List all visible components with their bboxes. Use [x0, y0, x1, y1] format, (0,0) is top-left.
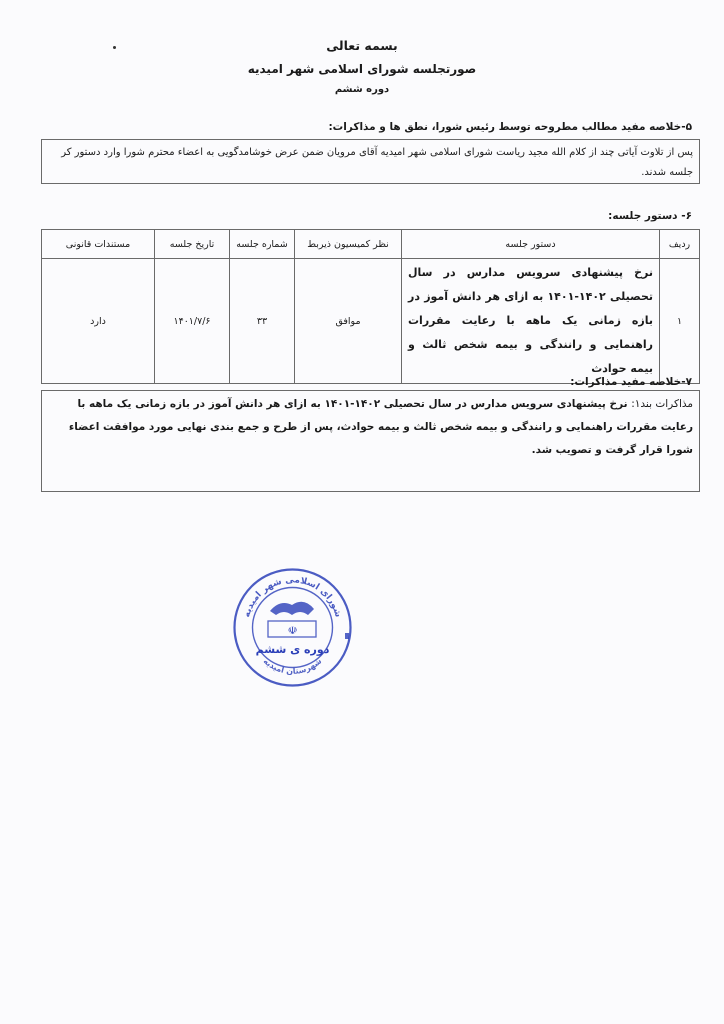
invocation-title: بسمه تعالی — [0, 38, 724, 53]
document-title: صورتجلسه شورای اسلامی شهر امیدیه — [0, 62, 724, 76]
header-agenda: دستور جلسه — [402, 230, 660, 259]
term-subtitle: دوره ششم — [0, 84, 724, 95]
section7-box: مذاکرات بند۱: نرخ پیشنهادی سرویس مدارس د… — [41, 390, 700, 492]
section7-heading: ۷-خلاصه مفید مذاکرات: — [570, 376, 692, 388]
cell-session-date: ۱۴۰۱/۷/۶ — [155, 259, 230, 384]
header-session-date: تاریخ جلسه — [155, 230, 230, 259]
agenda-table: ردیف دستور جلسه نظر کمیسیون ذیربط شماره … — [41, 229, 700, 384]
header-legal-docs: مستندات قانونی — [42, 230, 155, 259]
stamp-bottom-text: شهرستان امیدیه — [262, 656, 324, 676]
header-session-number: شماره جلسه — [230, 230, 295, 259]
emblem-icon: ☫ — [288, 624, 298, 637]
section7-body: نرخ پیشنهادی سرویس مدارس در سال تحصیلی ۱… — [69, 398, 693, 456]
cell-session-number: ۳۳ — [230, 259, 295, 384]
section5-body: پس از تلاوت آیاتی چند از کلام الله مجید … — [61, 147, 693, 178]
stamp-middle-text: دوره ی ششم — [256, 643, 330, 656]
header-commission: نظر کمیسیون ذیربط — [295, 230, 402, 259]
cell-row-number: ۱ — [660, 259, 700, 384]
section6-heading: ۶- دستور جلسه: — [608, 210, 692, 222]
emblem-book-icon — [270, 602, 314, 615]
header-row-number: ردیف — [660, 230, 700, 259]
council-seal-stamp: شورای اسلامی شهر امیدیه شهرستان امیدیه ☫… — [230, 565, 355, 690]
table-header-row: ردیف دستور جلسه نظر کمیسیون ذیربط شماره … — [42, 230, 700, 259]
document-page: بسمه تعالی صورتجلسه شورای اسلامی شهر امی… — [0, 0, 724, 1024]
section7-lead: مذاکرات بند۱: — [631, 398, 693, 410]
cell-legal-docs: دارد — [42, 259, 155, 384]
table-row: ۱ نرخ پیشنهادی سرویس مدارس در سال تحصیلی… — [42, 259, 700, 384]
section5-box: پس از تلاوت آیاتی چند از کلام الله مجید … — [41, 139, 700, 184]
section5-heading: ۵-خلاصه مفید مطالب مطروحه توسط رئیس شورا… — [328, 121, 692, 133]
cell-commission: موافق — [295, 259, 402, 384]
svg-text:شهرستان امیدیه: شهرستان امیدیه — [262, 656, 324, 676]
cell-agenda: نرخ پیشنهادی سرویس مدارس در سال تحصیلی ۱… — [402, 259, 660, 384]
